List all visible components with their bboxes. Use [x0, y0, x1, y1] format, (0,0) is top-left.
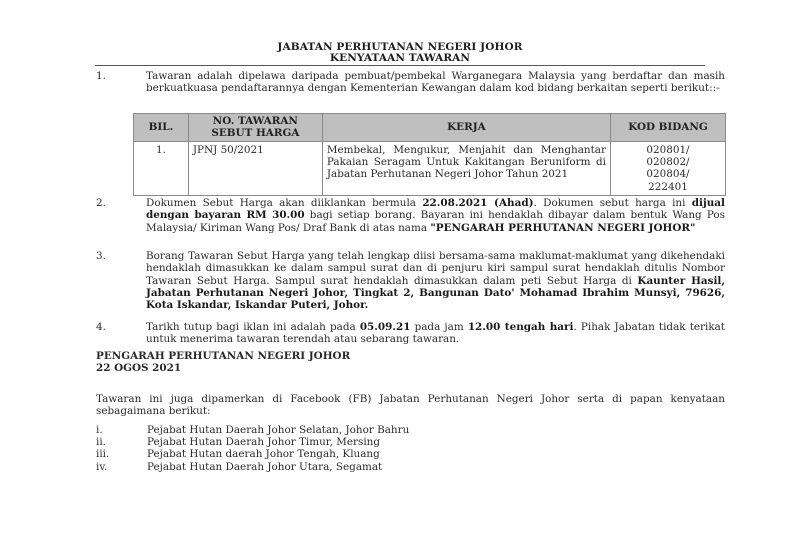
tender-table: BIL. NO. TAWARAN SEBUT HARGA KERJA KOD B… [133, 113, 726, 196]
item-number-2: 2. [96, 197, 106, 209]
item-text-4: Tarikh tutup bagi iklan ini adalah pada … [146, 321, 725, 346]
list-item-number: i. [96, 424, 103, 436]
signature-date: 22 OGOS 2021 [96, 362, 350, 374]
text-run: Tarikh tutup bagi iklan ini adalah pada [146, 321, 360, 333]
list-item-text: Pejabat Hutan Daerah Johor Timur, Mersin… [147, 436, 380, 448]
cell-kerja: Membekal, Mengukur, Menjahit dan Menghan… [322, 142, 610, 196]
table-row: 1. JPNJ 50/2021 Membekal, Mengukur, Menj… [134, 142, 726, 196]
cell-no-tawaran: JPNJ 50/2021 [188, 142, 322, 196]
item-text-3: Borang Tawaran Sebut Harga yang telah le… [146, 250, 725, 311]
kod-1: 020801/ [615, 144, 721, 156]
kod-4: 222401 [615, 181, 721, 193]
header-kod-bidang: KOD BIDANG [610, 114, 725, 142]
kod-2: 020802/ [615, 156, 721, 168]
bold-text: "PENGARAH PERHUTANAN NEGERI JOHOR" [430, 222, 695, 234]
item-number-3: 3. [96, 250, 106, 262]
notice-text: Tawaran ini juga dipamerkan di Facebook … [96, 393, 725, 418]
kod-3: 020804/ [615, 168, 721, 180]
list-item-number: iv. [96, 461, 107, 473]
header-kerja: KERJA [322, 114, 610, 142]
item-number-1: 1. [96, 70, 106, 82]
header-bil: BIL. [134, 114, 189, 142]
list-item-number: iii. [96, 448, 109, 460]
document-page: JABATAN PERHUTANAN NEGERI JOHOR KENYATAA… [0, 0, 800, 534]
notice-title: KENYATAAN TAWARAN [0, 53, 800, 64]
text-run: pada jam [410, 321, 467, 333]
cell-kod-bidang: 020801/ 020802/ 020804/ 222401 [610, 142, 725, 196]
list-item-text: Pejabat Hutan daerah Johor Tengah, Kluan… [147, 448, 380, 460]
signature-title: PENGARAH PERHUTANAN NEGERI JOHOR [96, 350, 350, 362]
list-item-text: Pejabat Hutan Daerah Johor Utara, Segama… [147, 461, 382, 473]
item-number-4: 4. [96, 321, 106, 333]
bold-text: 05.09.21 [360, 321, 411, 333]
bold-text: 12.00 tengah hari [468, 321, 574, 333]
item-1-body: Tawaran adalah dipelawa daripada pembuat… [146, 70, 725, 94]
list-item-text: Pejabat Hutan Daerah Johor Selatan, Joho… [147, 424, 409, 436]
item-text-1: Tawaran adalah dipelawa daripada pembuat… [146, 70, 725, 95]
notice-body: Tawaran ini juga dipamerkan di Facebook … [96, 393, 725, 417]
header-no-tawaran: NO. TAWARAN SEBUT HARGA [188, 114, 322, 142]
title-underline [95, 65, 705, 66]
bold-text: 22.08.2021 (Ahad) [422, 197, 533, 209]
item-text-2: Dokumen Sebut Harga akan diiklankan berm… [146, 197, 725, 234]
table-header-row: BIL. NO. TAWARAN SEBUT HARGA KERJA KOD B… [134, 114, 726, 142]
text-run: . Dokumen sebut harga ini [534, 197, 692, 209]
cell-bil: 1. [134, 142, 189, 196]
text-run: Dokumen Sebut Harga akan diiklankan berm… [146, 197, 422, 209]
list-item-number: ii. [96, 436, 106, 448]
signature-block: PENGARAH PERHUTANAN NEGERI JOHOR 22 OGOS… [96, 350, 350, 375]
